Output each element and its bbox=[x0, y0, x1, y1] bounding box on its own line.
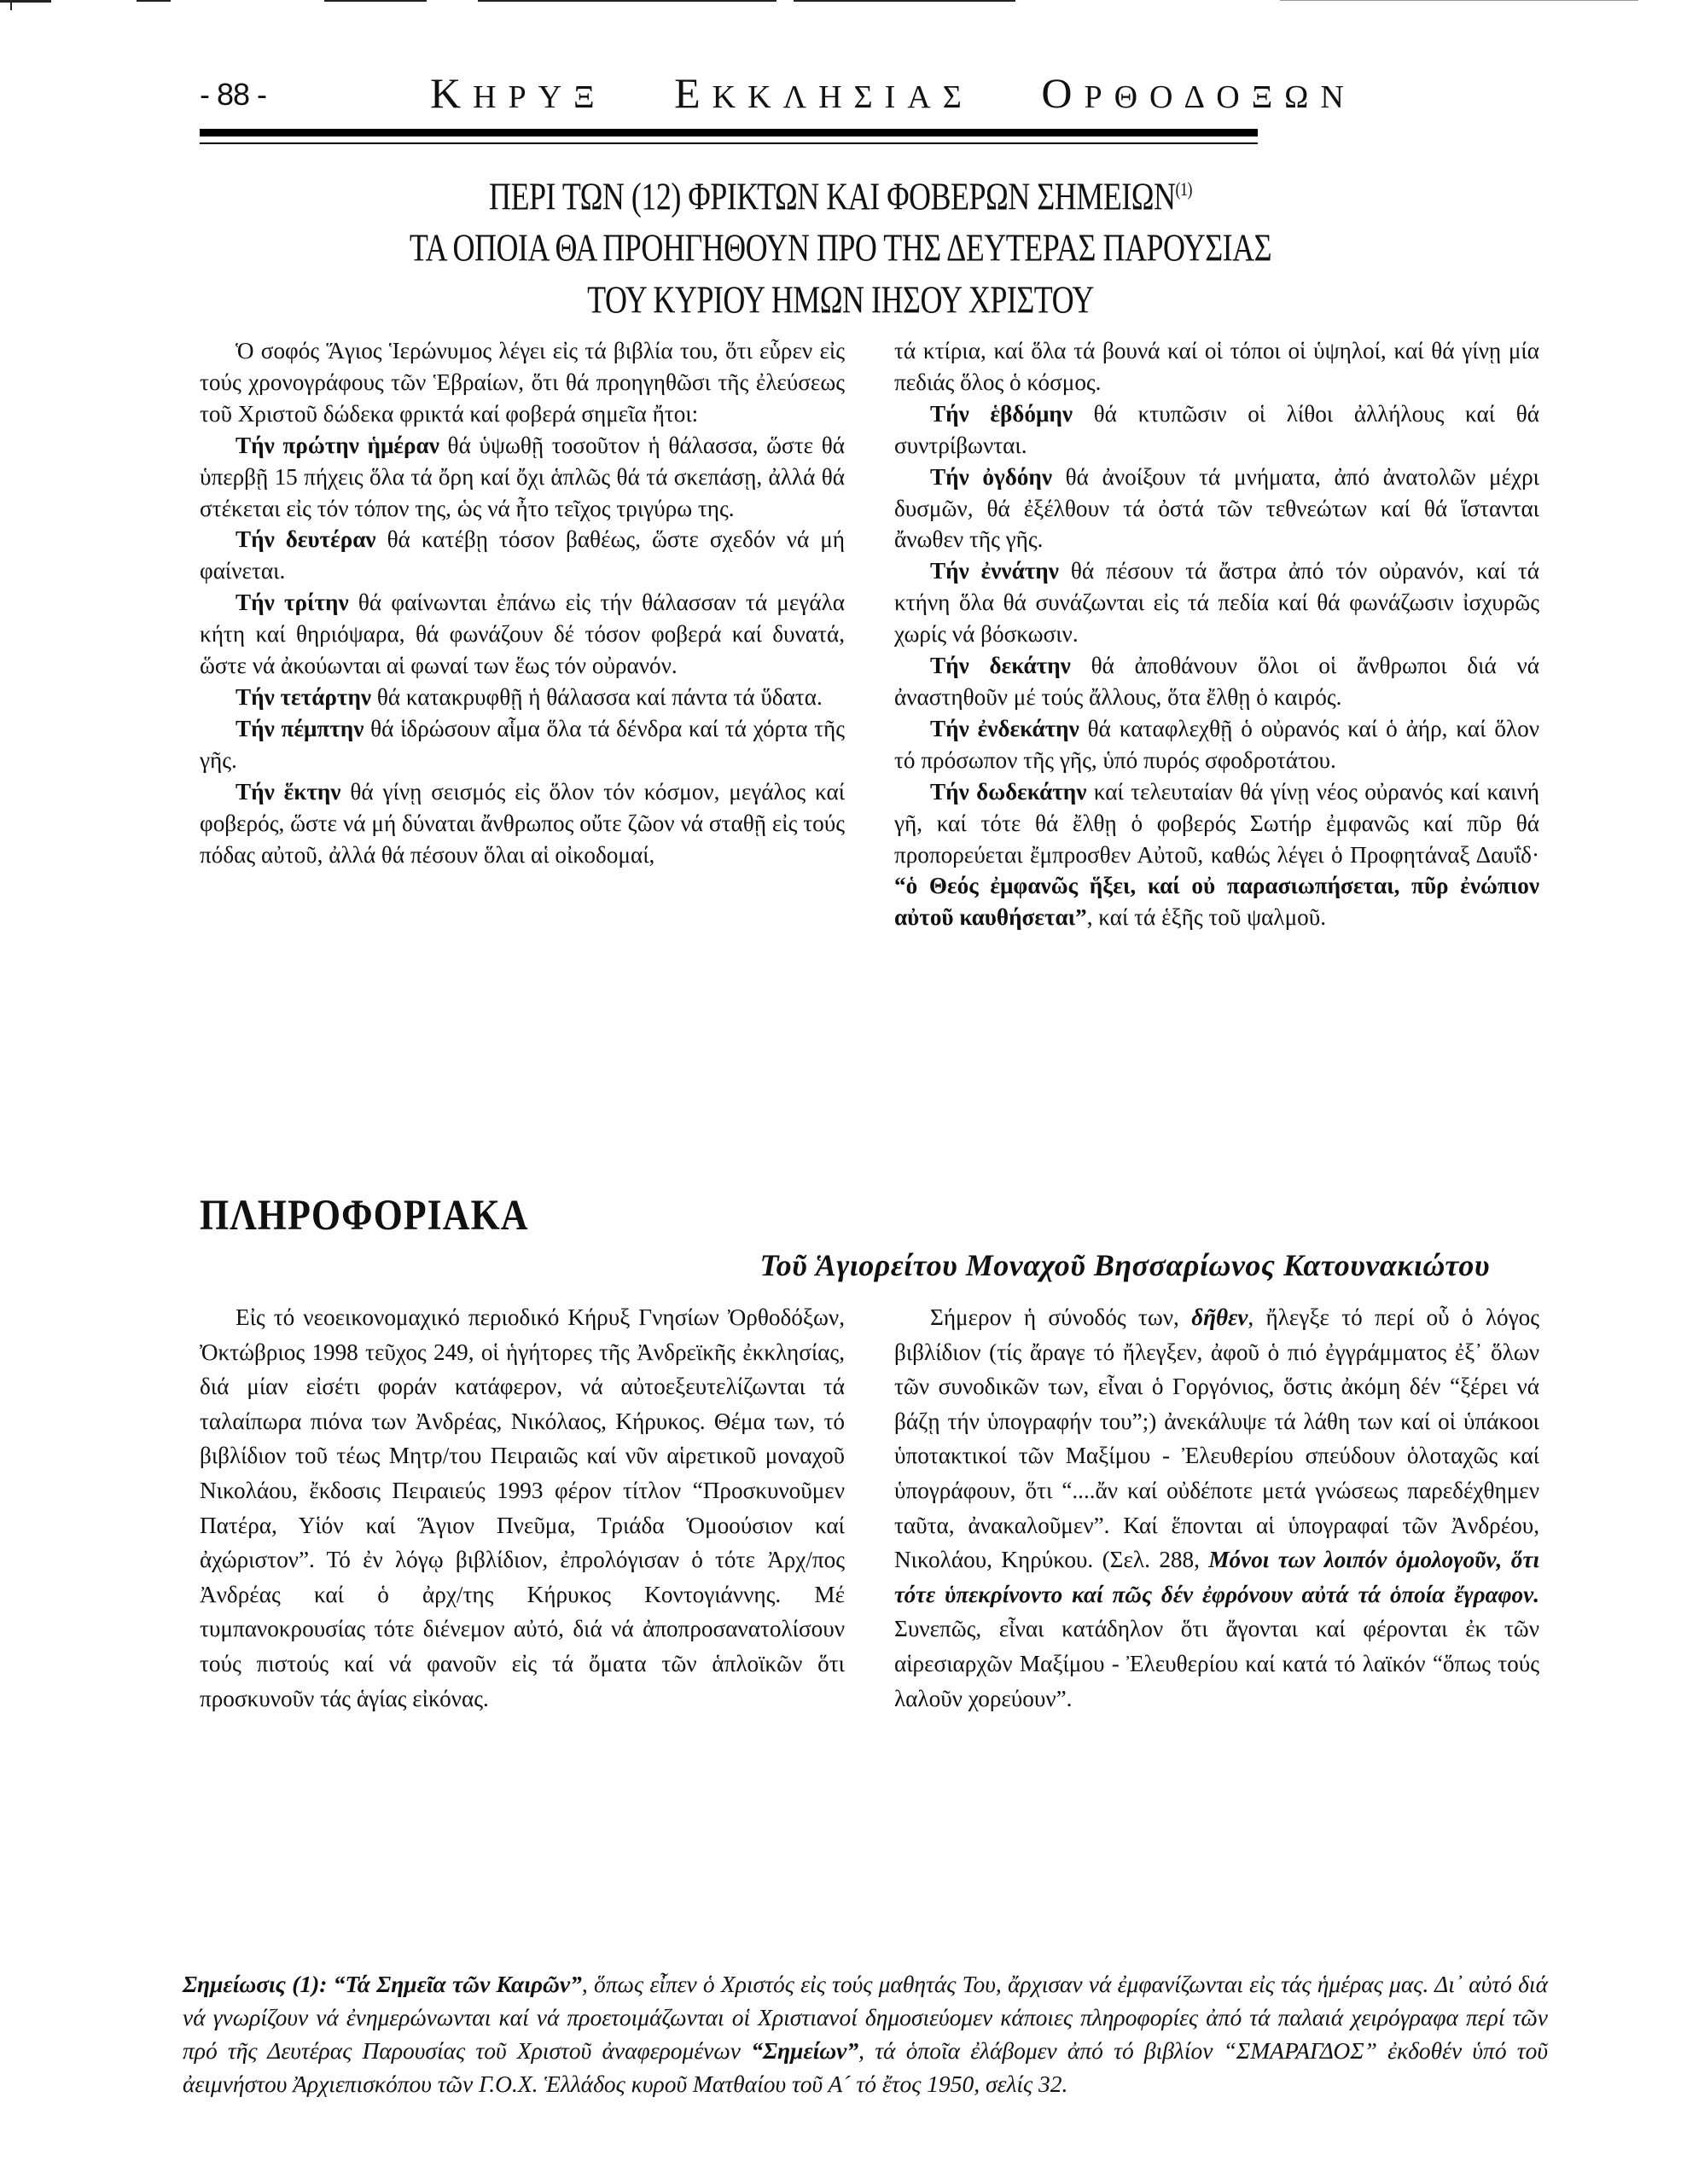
header-rule-thin bbox=[200, 142, 1258, 144]
sign-paragraph: Τήν δεκάτην θά ἀποθάνουν ὅλοι οἱ ἄνθρωπο… bbox=[894, 650, 1539, 713]
article-intro: Ὁ σοφός Ἅγιος Ἱερώνυμος λέγει εἰς τά βιβ… bbox=[200, 335, 845, 430]
sign-paragraph: Τήν ἐνδεκάτην θά καταφλεχθῇ ὁ οὐρανός κα… bbox=[894, 713, 1539, 776]
article-title-line-1: ΠΕΡΙ ΤΩΝ (12) ΦΡΙΚΤΩΝ ΚΑΙ ΦΟΒΕΡΩΝ ΣΗΜΕΙΩ… bbox=[0, 174, 1681, 219]
sign-lead: Τήν πρώτην ἡμέραν bbox=[236, 433, 439, 458]
scan-artifact-tick bbox=[10, 0, 12, 10]
sign-paragraph: Τήν πέμπτην θά ἱδρώσουν αἷμα ὅλα τά δένδ… bbox=[200, 713, 845, 776]
sign-paragraph: Τήν τετάρτην θά κατακρυφθῇ ἡ θάλασσα καί… bbox=[200, 682, 845, 713]
sign-paragraph: Τήν τρίτην θά φαίνωνται ἐπάνω εἰς τήν θά… bbox=[200, 587, 845, 682]
sign-paragraph-continued: τά κτίρια, καί ὅλα τά βουνά καί οἱ τόποι… bbox=[894, 335, 1539, 398]
sign-lead: Τήν τετάρτην bbox=[236, 684, 371, 710]
journal-title-word: ΚΗΡΥΞ bbox=[430, 69, 607, 117]
footnote-reference: (1) bbox=[1176, 178, 1193, 200]
info-paragraph: Εἰς τό νεοεικονομαχικό περιοδικό Κήρυξ Γ… bbox=[200, 1300, 845, 1716]
sign-paragraph: Τήν ἐννάτην θά πέσουν τά ἄστρα ἀπό τόν ο… bbox=[894, 555, 1539, 650]
sign-paragraph: Τήν ἑβδόμην θά κτυπῶσιν οἱ λίθοι ἀλλήλου… bbox=[894, 398, 1539, 462]
header-rule-thick bbox=[200, 129, 1258, 136]
info-column-left: Εἰς τό νεοεικονομαχικό περιοδικό Κήρυξ Γ… bbox=[200, 1300, 845, 1716]
journal-title-word: ΕΚΚΛΗΣΙΑΣ bbox=[674, 69, 974, 117]
article-column-left: Ὁ σοφός Ἅγιος Ἱερώνυμος λέγει εἰς τά βιβ… bbox=[200, 335, 845, 870]
sign-lead: Τήν ἐνδεκάτην bbox=[930, 716, 1079, 741]
sign-lead: Τήν δωδεκάτην bbox=[930, 779, 1086, 804]
sign-lead: Τήν δευτέραν bbox=[236, 526, 376, 552]
sign-paragraph: Τήν πρώτην ἡμέραν θά ὑψωθῇ τοσοῦτον ἡ θά… bbox=[200, 430, 845, 525]
sign-lead: Τήν ἑβδόμην bbox=[930, 401, 1073, 427]
journal-title: ΚΗΡΥΞ ΕΚΚΛΗΣΙΑΣ ΟΡΘΟΔΟΞΩΝ bbox=[430, 68, 1356, 118]
footnote: Σημείωσις (1): “Τά Σημεῖα τῶν Καιρῶν”, ὅ… bbox=[183, 1967, 1548, 2100]
sign-lead: Τήν ἐννάτην bbox=[930, 558, 1059, 584]
sign-lead: Τήν πέμπτην bbox=[236, 716, 364, 741]
sign-lead: Τήν ἕκτην bbox=[236, 779, 340, 804]
info-paragraph: Σήμερον ἡ σύνοδός των, δῆθεν, ἤλεγξε τό … bbox=[894, 1300, 1539, 1716]
sign-paragraph: Τήν ὀγδόην θά ἀνοίξουν τά μνήματα, ἀπό ἀ… bbox=[894, 462, 1539, 556]
sign-paragraph: Τήν δευτέραν θά κατέβῃ τόσον βαθέως, ὥστ… bbox=[200, 524, 845, 587]
footnote-label: Σημείωσις (1): bbox=[183, 1971, 327, 1997]
info-column-right: Σήμερον ἡ σύνοδός των, δῆθεν, ἤλεγξε τό … bbox=[894, 1300, 1539, 1716]
section-heading: ΠΛΗΡΟΦΟΡΙΑΚΑ bbox=[200, 1190, 529, 1240]
sign-lead: Τήν δεκάτην bbox=[930, 653, 1071, 678]
sign-lead: Τήν ὀγδόην bbox=[930, 464, 1052, 490]
journal-title-word: ΟΡΘΟΔΟΞΩΝ bbox=[1041, 69, 1356, 117]
scan-artifact-top-border bbox=[0, 0, 1681, 5]
page-number: - 88 - bbox=[200, 77, 266, 113]
footnote-quote: “Τά Σημεῖα τῶν Καιρῶν” bbox=[334, 1971, 582, 1997]
article-column-right: τά κτίρια, καί ὅλα τά βουνά καί οἱ τόποι… bbox=[894, 335, 1539, 933]
article-title-line-2: ΤΑ ΟΠΟΙΑ ΘΑ ΠΡΟΗΓΗΘΟΥΝ ΠΡΟ ΤΗΣ ΔΕΥΤΕΡΑΣ … bbox=[0, 225, 1681, 270]
running-header: - 88 - ΚΗΡΥΞ ΕΚΚΛΗΣΙΑΣ ΟΡΘΟΔΟΞΩΝ bbox=[200, 68, 1258, 125]
author-byline: Τοῦ Ἁγιορείτου Μοναχοῦ Βησσαρίωνος Κατου… bbox=[759, 1247, 1490, 1283]
sign-lead: Τήν τρίτην bbox=[236, 590, 349, 615]
sign-paragraph-twelfth: Τήν δωδεκάτην καί τελευταίαν θά γίνῃ νέο… bbox=[894, 776, 1539, 934]
document-page: - 88 - ΚΗΡΥΞ ΕΚΚΛΗΣΙΑΣ ΟΡΘΟΔΟΞΩΝ ΠΕΡΙ ΤΩ… bbox=[0, 0, 1681, 2184]
sign-paragraph: Τήν ἕκτην θά γίνῃ σεισμός εἰς ὅλον τόν κ… bbox=[200, 776, 845, 871]
article-title-line-3: ΤΟΥ ΚΥΡΙΟΥ ΗΜΩΝ ΙΗΣΟΥ ΧΡΙΣΤΟΥ bbox=[0, 277, 1681, 322]
emphasis: δῆθεν bbox=[1191, 1304, 1248, 1330]
footnote-emphasis: “Σημείων” bbox=[751, 2037, 858, 2064]
